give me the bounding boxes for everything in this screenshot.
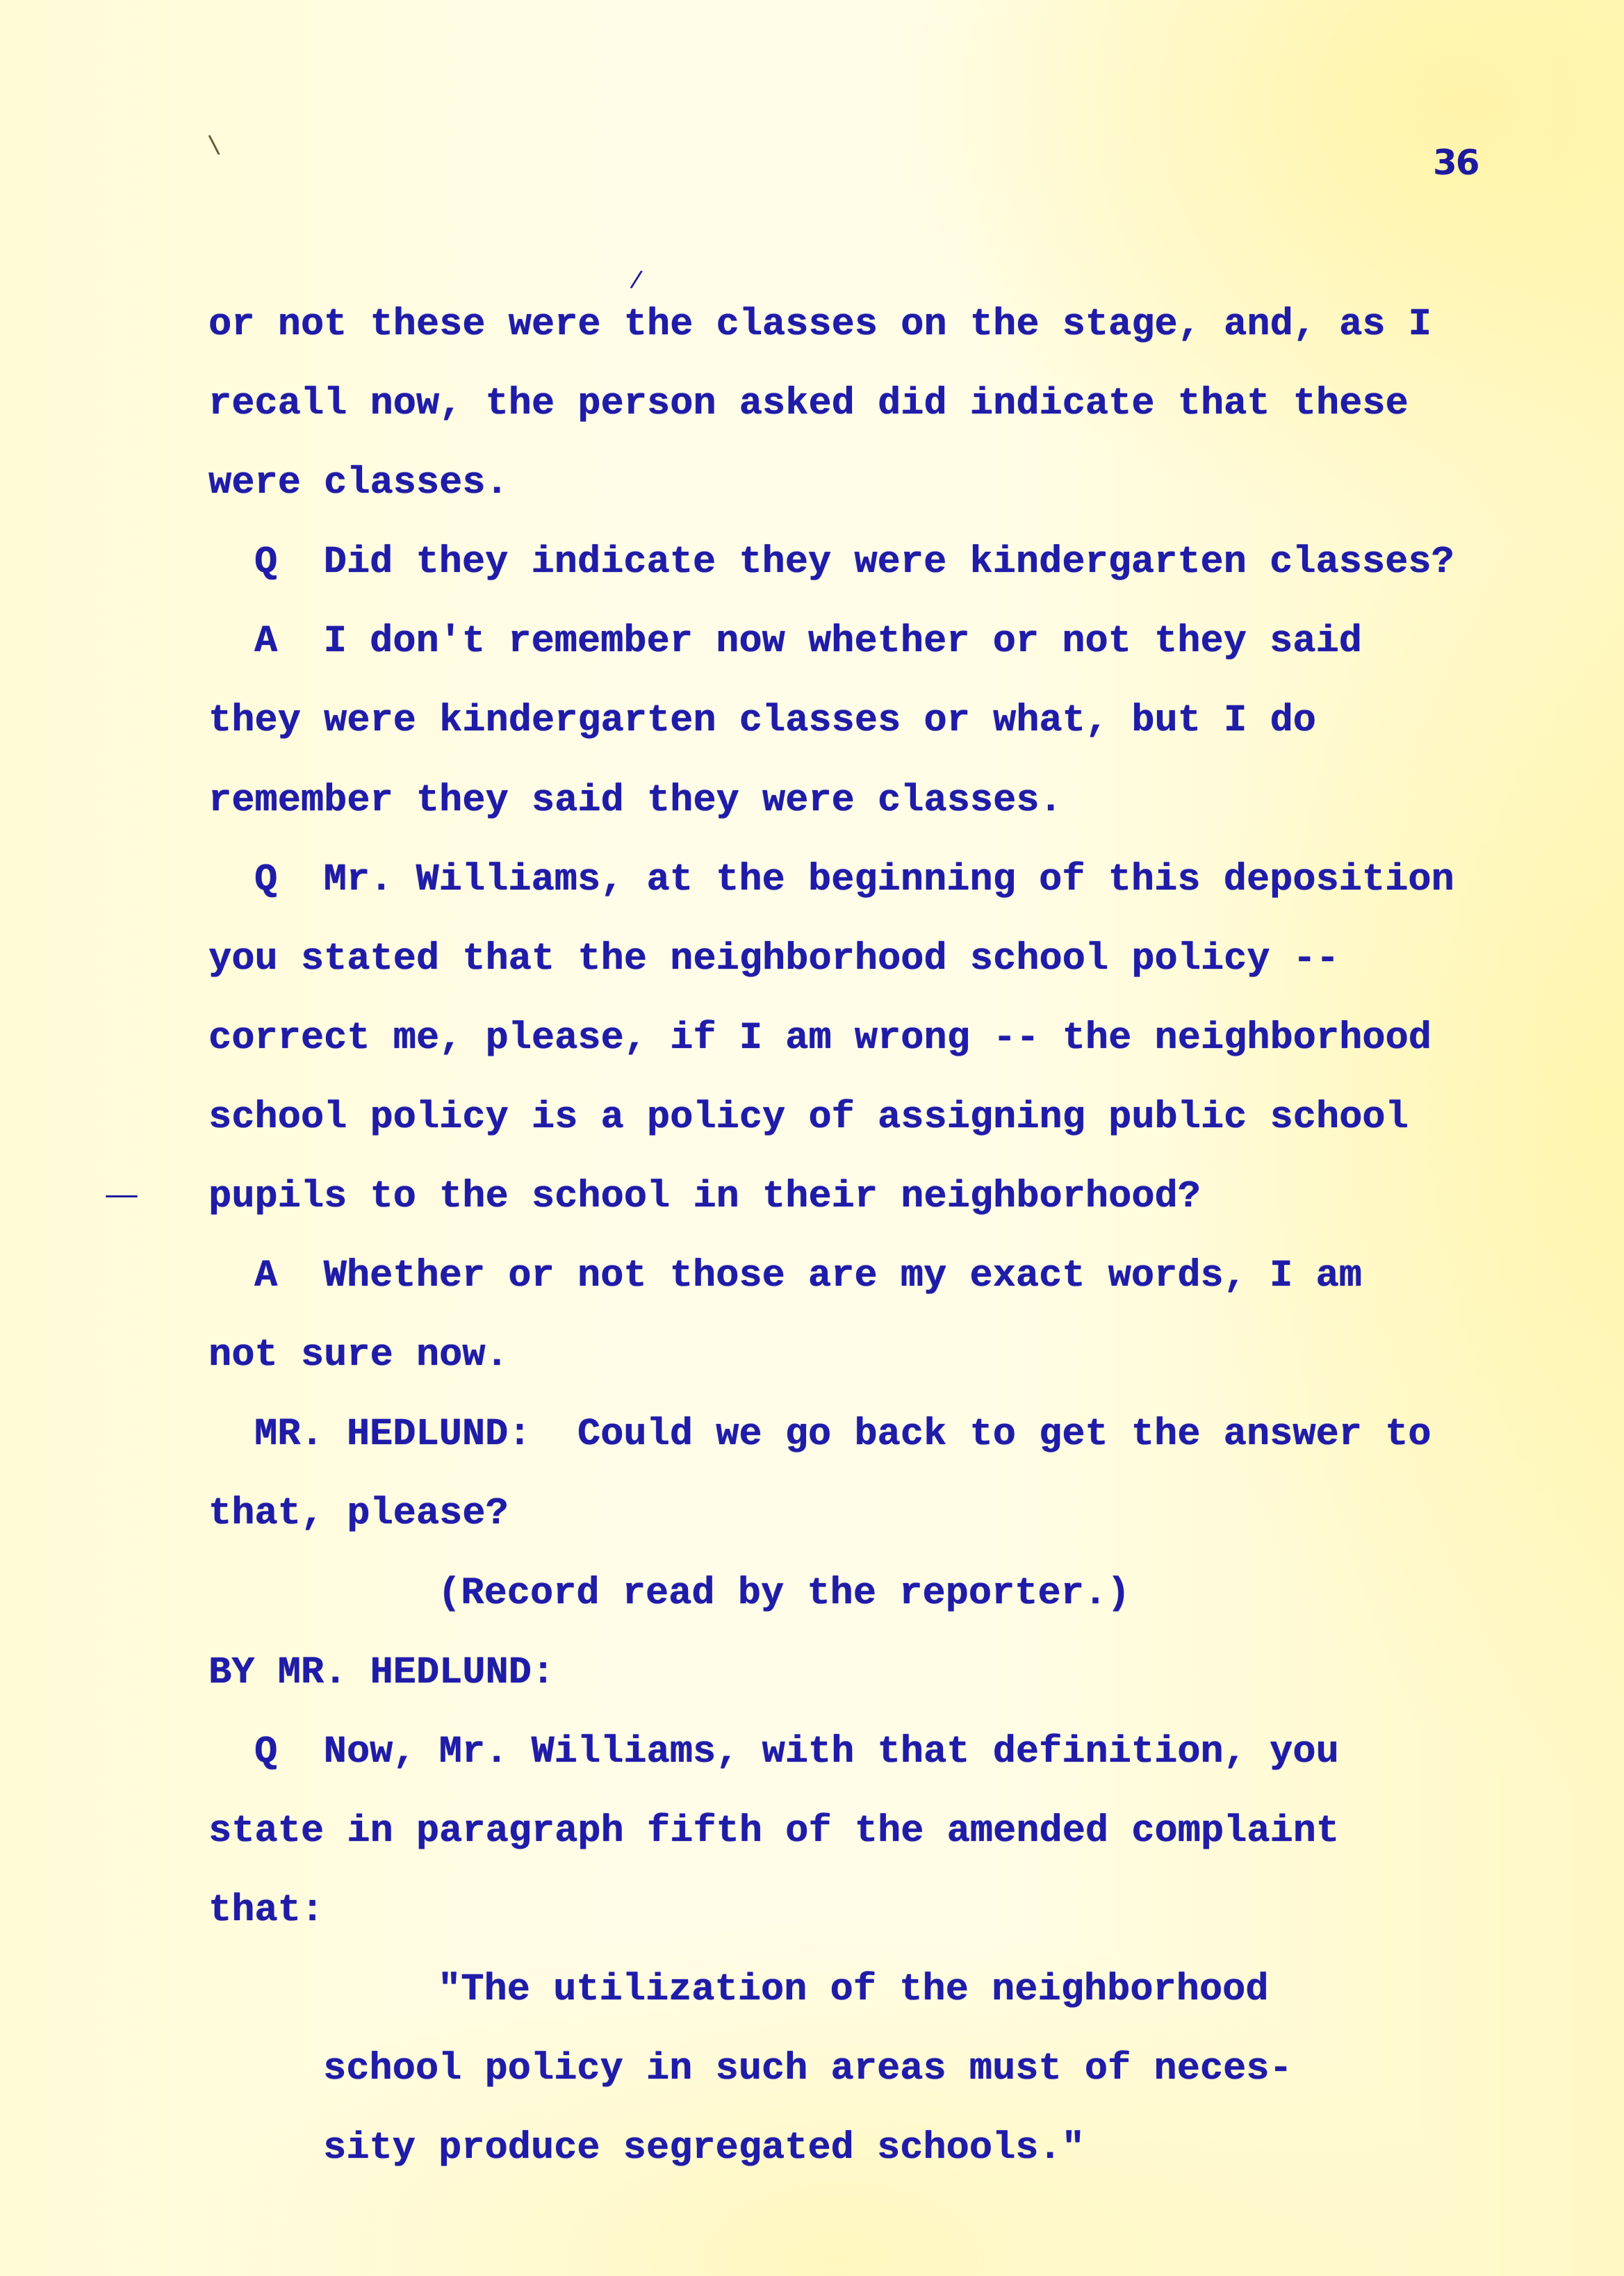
question-line: Q Did they indicate they were kindergart…: [208, 544, 1529, 623]
transcript-line: that, please?: [208, 1496, 1529, 1575]
transcript-line: not sure now.: [208, 1337, 1529, 1416]
answer-line: A Whether or not those are my exact word…: [208, 1258, 1529, 1337]
transcript-line: school policy is a policy of assigning p…: [208, 1099, 1529, 1179]
margin-dash-mark: [106, 1195, 138, 1197]
transcript-line: they were kindergarten classes or what, …: [208, 703, 1529, 782]
block-quote-line: school policy in such areas must of nece…: [208, 2051, 1529, 2130]
transcript-line: or not these were the classes on the sta…: [208, 306, 1529, 386]
question-line: Q Now, Mr. Williams, with that definitio…: [208, 1734, 1529, 1813]
transcript-line: you stated that the neighborhood school …: [208, 941, 1529, 1020]
transcript-line: correct me, please, if I am wrong -- the…: [208, 1020, 1529, 1099]
examination-heading: BY MR. HEDLUND:: [208, 1655, 1529, 1734]
document-page: 36 \ / or not these were the classes on …: [0, 0, 1624, 2276]
stray-ink-mark: /: [629, 265, 643, 294]
stray-pencil-mark: \: [208, 130, 221, 159]
transcript-line: were classes.: [208, 465, 1529, 544]
answer-line: A I don't remember now whether or not th…: [208, 623, 1529, 703]
transcript-line: remember they said they were classes.: [208, 783, 1529, 862]
parenthetical-note: (Record read by the reporter.): [208, 1575, 1529, 1655]
transcript-line: that:: [208, 1892, 1529, 1972]
transcript-body: or not these were the classes on the sta…: [208, 306, 1529, 2209]
block-quote-line: sity produce segregated schools.": [208, 2130, 1529, 2209]
transcript-line: recall now, the person asked did indicat…: [208, 386, 1529, 465]
page-number: 36: [1433, 142, 1479, 183]
block-quote-line: "The utilization of the neighborhood: [208, 1972, 1529, 2051]
transcript-line: pupils to the school in their neighborho…: [208, 1179, 1529, 1258]
speaker-line: MR. HEDLUND: Could we go back to get the…: [208, 1416, 1529, 1496]
transcript-line: state in paragraph fifth of the amended …: [208, 1813, 1529, 1892]
question-line: Q Mr. Williams, at the beginning of this…: [208, 862, 1529, 941]
